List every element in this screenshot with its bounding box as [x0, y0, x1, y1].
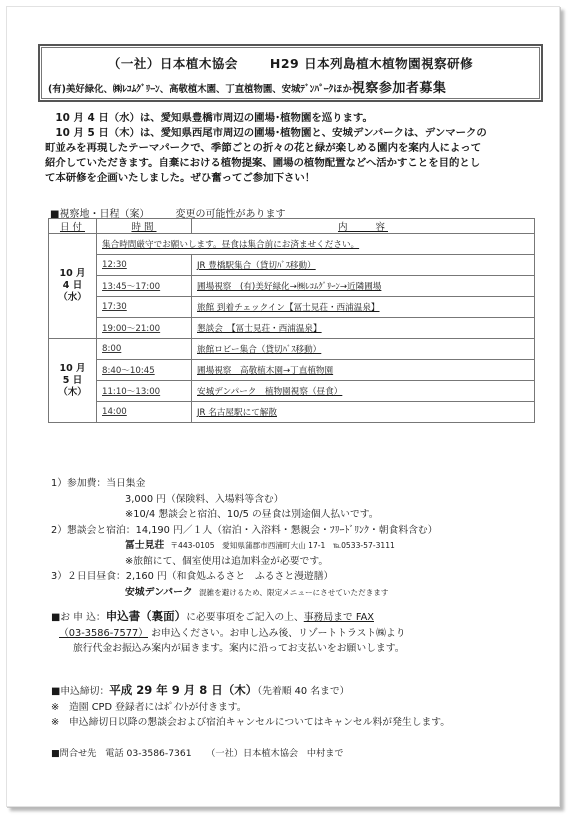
venue-address: 〒443-0105 愛知県蒲郡市西浦町大山 17-1 ℡0533-57-3111 — [170, 541, 394, 550]
fee-item-2-venue: 冨士見荘 〒443-0105 愛知県蒲郡市西浦町大山 17-1 ℡0533-57… — [51, 538, 438, 554]
venue-note: 混雑を避けるため、限定メニューにさせていただきます — [199, 588, 389, 597]
title-line-1: （一社）日本植木協会H29 日本列島植木植物園視察研修 — [40, 54, 541, 72]
fee-item-2-note: ※旅館にて、個室使用は追加料金が必要です。 — [51, 554, 438, 570]
schedule-time: 14:00 — [97, 402, 192, 423]
schedule-time: 19:00～21:00 — [97, 318, 192, 339]
fee-note: ※旅館にて、個室使用は追加料金が必要です。 — [125, 556, 328, 567]
schedule-time: 13:45～17:00 — [97, 276, 192, 297]
contact-phone: 電話 03-3586-7361 — [105, 748, 191, 759]
schedule-time: 8:40～10:45 — [97, 360, 192, 381]
event-name: H29 日本列島植木植物園視察研修 — [270, 56, 473, 71]
fee-amount: 3,000 円（保険料、入場料等含む） — [125, 494, 284, 505]
fee-item-1: 1）参加費：当日集金 — [51, 476, 438, 492]
intro-paragraph: 10 月 4 日（水）は、愛知県豊橋市周辺の圃場･植物園を巡ります。 10 月 … — [45, 111, 487, 186]
deadline-remark-2: ※ 申込締切日以降の懇談会および宿泊キャンセルについてはキャンセル料が発生します… — [51, 715, 450, 731]
document-page: （一社）日本植木協会H29 日本列島植木植物園視察研修 (有)美好緑化、㈱ﾚｺﾑ… — [6, 6, 560, 807]
table-row: 13:45～17:00 圃場視察 (有)美好緑化→㈱ﾚｺﾑｸﾞﾘｰﾝ→近隣圃場 — [49, 276, 535, 297]
fee-note: ※10/4 懇談会と宿泊、10/5 の昼食は別途個人払いです。 — [125, 509, 379, 520]
venue-name: 冨士見荘 — [125, 540, 164, 551]
contact-person: 中村まで — [307, 748, 344, 759]
date-day: 5 日 — [54, 375, 91, 387]
date-month: 10 月 — [54, 363, 91, 375]
day1-notice: 集合時間厳守でお願いします。昼食は集合前にお済ませください。 — [97, 234, 535, 255]
fee-item-1-note: ※10/4 懇談会と宿泊、10/5 の昼食は別途個人払いです。 — [51, 507, 438, 523]
schedule-content: 安城デンパーク 植物園視察（昼食） — [192, 381, 535, 402]
table-row: 17:30 旅館 到着チェックイン【冨士見荘・西浦温泉】 — [49, 297, 535, 318]
organizer-name: （一社）日本植木協会 — [108, 56, 238, 71]
fee-item-3-venue: 安城デンパーク 混雑を避けるため、限定メニューにさせていただきます — [51, 585, 438, 601]
apply-line-3: 旅行代金お振込み案内が届きます。案内に沿ってお支払いをお願いします。 — [51, 641, 406, 657]
host-organizations: (有)美好緑化、㈱ﾚｺﾑｸﾞﾘｰﾝ、高敬植木園、丁直植物園、安城ﾃﾞﾝﾊﾟｰｸほ… — [48, 84, 352, 95]
fee-item-2: 2）懇談会と宿泊：14,190 円／１人（宿泊・入浴料・懇親会・ﾌﾘｰﾄﾞﾘﾝｸ… — [51, 523, 438, 539]
apply-fax-label: 事務局まで FAX — [304, 612, 374, 623]
contact-org: （一社）日本植木協会 — [206, 748, 298, 759]
table-row: 8:40～10:45 圃場視察 高敬植木園→丁直植物園 — [49, 360, 535, 381]
apply-label: ■お 申 込： — [51, 612, 106, 623]
deadline-label: ■申込締切： — [51, 686, 109, 697]
table-row: 12:30 JR 豊橋駅集合（貸切ﾊﾞｽ移動） — [49, 255, 535, 276]
schedule-time: 8:00 — [97, 339, 192, 360]
intro-line: て本研修を企画いたしました。ぜひ奮ってご参加下さい！ — [45, 171, 487, 186]
schedule-content: JR 豊橋駅集合（貸切ﾊﾞｽ移動） — [192, 255, 535, 276]
fee-item-1-amount: 3,000 円（保険料、入場料等含む） — [51, 492, 438, 508]
deadline-date: 平成 29 年 9 月 8 日（木） — [109, 683, 257, 697]
contact-label: ■問合せ先 — [51, 748, 96, 759]
fees-section: 1）参加費：当日集金 3,000 円（保険料、入場料等含む） ※10/4 懇談会… — [51, 476, 438, 600]
schedule-content: 圃場視察 高敬植木園→丁直植物園 — [192, 360, 535, 381]
venue-name: 安城デンパーク — [125, 587, 193, 598]
schedule-content: 懇談会 【冨士見荘・西浦温泉】 — [192, 318, 535, 339]
fee-item-3: 3）２日目昼食：2,160 円（和食処ふるさと ふるさと漫遊膳） — [51, 569, 438, 585]
schedule-time: 12:30 — [97, 255, 192, 276]
deadline-remark-1: ※ 造園 CPD 登録者にはﾎﾟｲﾝﾄが付きます。 — [51, 700, 450, 716]
intro-line: 10 月 4 日（水）は、愛知県豊橋市周辺の圃場･植物園を巡ります。 — [45, 111, 487, 126]
recruitment-call: 視察参加者募集 — [352, 81, 447, 96]
contact-section: ■問合せ先 電話 03-3586-7361 （一社）日本植木協会 中村まで — [51, 745, 344, 759]
column-header-content: 内 容 — [192, 219, 535, 234]
date-weekday: （水） — [54, 292, 91, 304]
intro-line: 紹介していただきます。自棄における植物提案、圃場の植物配置などへ活かすことを目的… — [45, 156, 487, 171]
apply-form: 申込書（裏面） — [106, 609, 187, 623]
apply-line-1: ■お 申 込：申込書（裏面）に必要事項をご記入の上、事務局まで FAX — [51, 609, 406, 626]
schedule-time: 11:10～13:00 — [97, 381, 192, 402]
schedule-content: 圃場視察 (有)美好緑化→㈱ﾚｺﾑｸﾞﾘｰﾝ→近隣圃場 — [192, 276, 535, 297]
apply-text: お申込ください。お申し込み後、リゾートトラスト㈱より — [151, 628, 405, 639]
schedule-time: 17:30 — [97, 297, 192, 318]
schedule-content: JR 名古屋駅にて解散 — [192, 402, 535, 423]
date-month: 10 月 — [54, 268, 91, 280]
table-row: 14:00 JR 名古屋駅にて解散 — [49, 402, 535, 423]
day2-date-cell: 10 月 5 日 （木） — [49, 339, 97, 423]
table-header-row: 日付 時間 内 容 — [49, 219, 535, 234]
column-header-date: 日付 — [49, 219, 97, 234]
schedule-table: 日付 時間 内 容 10 月 4 日 （水） 集合時間厳守でお願いします。昼食は… — [48, 218, 535, 423]
intro-line: 町並みを再現したテーマパークで、季節ごとの折々の花と緑が楽しめる園内を案内人によ… — [45, 141, 487, 156]
title-line-2: (有)美好緑化、㈱ﾚｺﾑｸﾞﾘｰﾝ、高敬植木園、丁直植物園、安城ﾃﾞﾝﾊﾟｰｸほ… — [48, 77, 446, 96]
date-day: 4 日 — [54, 280, 91, 292]
apply-line-2: （03-3586-7577） お申込ください。お申し込み後、リゾートトラスト㈱よ… — [51, 626, 406, 642]
intro-line: 10 月 5 日（木）は、愛知県西尾市周辺の圃場･植物園と、安城デンパークは、デ… — [45, 126, 487, 141]
schedule-content: 旅館 到着チェックイン【冨士見荘・西浦温泉】 — [192, 297, 535, 318]
deadline-capacity: （先着順 40 名まで） — [257, 686, 349, 697]
schedule-content: 旅館ロビー集合（貸切ﾊﾞｽ移動） — [192, 339, 535, 360]
fax-number: （03-3586-7577） — [59, 628, 148, 639]
title-box: （一社）日本植木協会H29 日本列島植木植物園視察研修 (有)美好緑化、㈱ﾚｺﾑ… — [38, 44, 543, 102]
application-section: ■お 申 込：申込書（裏面）に必要事項をご記入の上、事務局まで FAX （03-… — [51, 609, 406, 657]
day1-date-cell: 10 月 4 日 （水） — [49, 234, 97, 339]
table-row: 19:00～21:00 懇談会 【冨士見荘・西浦温泉】 — [49, 318, 535, 339]
table-row: 10 月 5 日 （木） 8:00 旅館ロビー集合（貸切ﾊﾞｽ移動） — [49, 339, 535, 360]
apply-text: に必要事項をご記入の上、 — [186, 612, 304, 623]
table-row: 10 月 4 日 （水） 集合時間厳守でお願いします。昼食は集合前にお済ませくだ… — [49, 234, 535, 255]
deadline-section: ■申込締切：平成 29 年 9 月 8 日（木）（先着順 40 名まで） ※ 造… — [51, 683, 450, 731]
table-row: 11:10～13:00 安城デンパーク 植物園視察（昼食） — [49, 381, 535, 402]
deadline-line: ■申込締切：平成 29 年 9 月 8 日（木）（先着順 40 名まで） — [51, 683, 450, 700]
column-header-time: 時間 — [97, 219, 192, 234]
date-weekday: （木） — [54, 387, 91, 399]
